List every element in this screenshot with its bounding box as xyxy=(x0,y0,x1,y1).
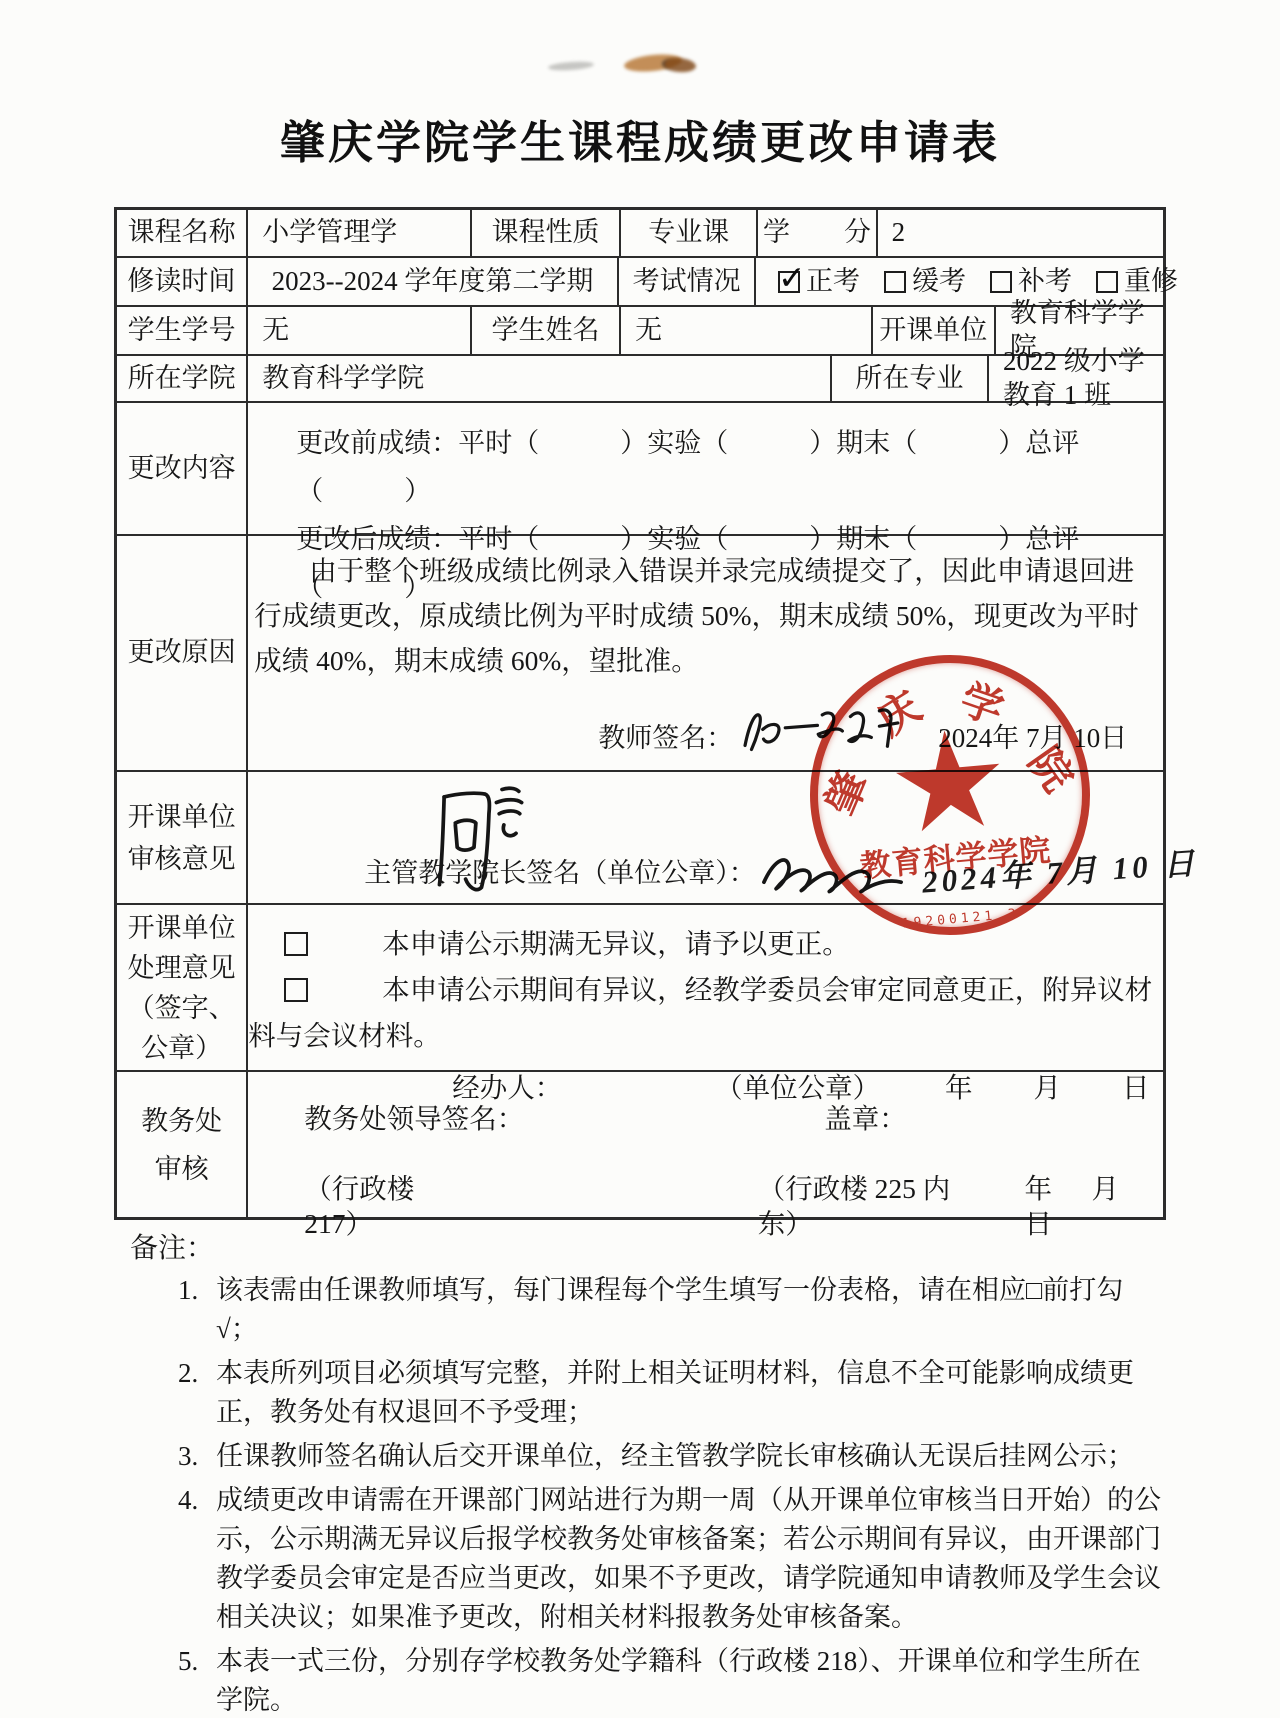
unit-review-body: 主管教学院长签名（单位公章）： 2024年 7月 10 日 xyxy=(246,772,1163,903)
teacher-sign-date: 2024年 7月 10日 xyxy=(938,722,1127,760)
note-text: 本表所列项目必须填写完整，并附上相关证明材料，信息不全可能影响成绩更正，教务处有… xyxy=(216,1354,1162,1432)
exam-option-3: ✓重修 xyxy=(1096,265,1178,299)
scan-artifact xyxy=(661,57,696,74)
dean-sign-label: 主管教学院长签名（单位公章）： xyxy=(364,857,756,897)
course-name-label: 课程名称 xyxy=(117,210,246,256)
exam-option-0: ✓正考 xyxy=(778,265,860,299)
academic-office-body: 教务处领导签名： 盖章： （行政楼 217） （行政楼 225 内东） 年 月 … xyxy=(246,1072,1163,1217)
table-row-study-time: 修读时间 2023--2024 学年度第二学期 考试情况 ✓正考 ✓缓考 ✓补考… xyxy=(117,256,1163,305)
unit-review-label: 开课单位 审核意见 xyxy=(117,772,246,903)
major-value: 2022 级小学教育 1 班 xyxy=(987,356,1163,401)
table-row-change-reason: 更改原因 由于整个班级成绩比例录入错误并录完成绩提交了，因此申请退回进行成绩更改… xyxy=(117,534,1163,770)
checkbox-icon: ✓ xyxy=(1096,271,1118,293)
note-number: 4. xyxy=(178,1481,216,1637)
checkbox-icon xyxy=(284,932,308,956)
note-number: 5. xyxy=(178,1642,216,1718)
table-row-college: 所在学院 教育科学学院 所在专业 2022 级小学教育 1 班 xyxy=(117,354,1163,401)
dean-sign-date-handwriting: 2024年 7月 10 日 xyxy=(921,845,1200,907)
credit-label: 学 分 xyxy=(756,210,875,256)
table-row-academic-office: 教务处 审核 教务处领导签名： 盖章： （行政楼 217） （行政楼 225 内… xyxy=(117,1070,1163,1217)
academic-office-label-line2: 审核 xyxy=(155,1145,209,1193)
decision-option-2-text: 本申请公示期间有异议，经教学委员会审定同意更正，附异议材料与会议材料。 xyxy=(248,974,1152,1051)
study-time-label: 修读时间 xyxy=(117,258,246,305)
exam-option-label: 重修 xyxy=(1124,265,1178,299)
scan-artifact xyxy=(548,60,594,71)
change-reason-label: 更改原因 xyxy=(117,536,246,770)
note-text: 成绩更改申请需在开课部门网站进行为期一周（从开课单位审核当日开始）的公示，公示期… xyxy=(216,1481,1162,1637)
table-row-change-content: 更改内容 更改前成绩：平时（ ）实验（ ）期末（ ）总评（ ） 更改后成绩：平时… xyxy=(117,401,1163,534)
checkbox-icon: ✓ xyxy=(990,271,1012,293)
notes-section: 备注： 1. 该表需由任课教师填写，每门课程每个学生填写一份表格，请在相应□前打… xyxy=(130,1226,1162,1718)
checkbox-checked-icon: ✓ xyxy=(778,271,800,293)
note-item: 5. 本表一式三份，分别存学校教务处学籍科（行政楼 218）、开课单位和学生所在… xyxy=(130,1642,1162,1718)
exam-status-label: 考试情况 xyxy=(617,258,754,305)
unit-review-label-line1: 开课单位 xyxy=(128,796,236,838)
note-number: 3. xyxy=(178,1437,216,1476)
notes-title: 备注： xyxy=(130,1226,1162,1266)
decision-option-1: 本申请公示期满无异议，请予以更正。 xyxy=(248,921,1163,967)
credit-value: 2 xyxy=(876,210,1163,256)
student-id-label: 学生学号 xyxy=(117,307,246,354)
change-content-label: 更改内容 xyxy=(117,403,246,534)
change-content-body: 更改前成绩：平时（ ）实验（ ）期末（ ）总评（ ） 更改后成绩：平时（ ）实验… xyxy=(246,403,1163,534)
student-id-value: 无 xyxy=(246,307,470,354)
note-number: 2. xyxy=(178,1354,216,1432)
offering-unit-label: 开课单位 xyxy=(871,307,994,354)
teacher-signature-handwriting xyxy=(737,694,922,764)
application-form-table: 课程名称 小学管理学 课程性质 专业课 学 分 2 修读时间 2023--202… xyxy=(114,207,1166,1220)
unit-review-label-line2: 审核意见 xyxy=(128,838,236,880)
teacher-sign-label: 教师签名： xyxy=(598,722,733,760)
teacher-sign-line: 教师签名： 2024年 7月 10日 xyxy=(598,694,1127,760)
exam-option-label: 缓考 xyxy=(912,265,966,299)
checkbox-icon: ✓ xyxy=(884,271,906,293)
exam-option-1: ✓缓考 xyxy=(884,265,966,299)
note-item: 4. 成绩更改申请需在开课部门网站进行为期一周（从开课单位审核当日开始）的公示，… xyxy=(130,1481,1162,1637)
note-text: 任课教师签名确认后交开课单位，经主管教学院长审核确认无误后挂网公示； xyxy=(216,1437,1162,1476)
note-item: 3. 任课教师签名确认后交开课单位，经主管教学院长审核确认无误后挂网公示； xyxy=(130,1437,1162,1476)
exam-option-label: 补考 xyxy=(1018,265,1072,299)
scores-before-line: 更改前成绩：平时（ ）实验（ ）期末（ ）总评（ ） xyxy=(296,419,1163,515)
checkbox-icon xyxy=(284,978,308,1002)
academic-office-sign-line: 教务处领导签名： 盖章： xyxy=(248,1102,1163,1136)
note-number: 1. xyxy=(178,1271,216,1349)
unit-decision-label-line: 公章） xyxy=(141,1028,222,1068)
unit-decision-body: 本申请公示期满无异议，请予以更正。 本申请公示期间有异议，经教学委员会审定同意更… xyxy=(246,905,1163,1070)
unit-decision-label: 开课单位 处理意见 （签字、 公章） xyxy=(117,905,246,1070)
office-seal-label: 盖章： xyxy=(824,1102,907,1136)
unit-decision-label-line: 处理意见 xyxy=(128,948,236,988)
student-name-value: 无 xyxy=(619,307,871,354)
scanned-form-page: 肇庆学院学生课程成绩更改申请表 课程名称 小学管理学 课程性质 专业课 学 分 … xyxy=(0,0,1280,1718)
table-row-unit-review: 开课单位 审核意见 主管教学院长签名（单位公章）： 2024年 7月 10 日 xyxy=(117,770,1163,903)
unit-decision-label-line: （签字、 xyxy=(128,988,236,1028)
office-leader-sign-label: 教务处领导签名： xyxy=(304,1102,524,1136)
course-name-value: 小学管理学 xyxy=(246,210,470,256)
unit-decision-label-line: 开课单位 xyxy=(128,908,236,948)
college-label: 所在学院 xyxy=(117,356,246,401)
student-name-label: 学生姓名 xyxy=(470,307,619,354)
decision-option-1-text: 本申请公示期满无异议，请予以更正。 xyxy=(382,928,850,959)
course-nature-value: 专业课 xyxy=(619,210,756,256)
table-row-course: 课程名称 小学管理学 课程性质 专业课 学 分 2 xyxy=(117,210,1163,256)
change-reason-body: 由于整个班级成绩比例录入错误并录完成绩提交了，因此申请退回进行成绩更改，原成绩比… xyxy=(246,536,1163,770)
change-reason-text: 由于整个班级成绩比例录入错误并录完成绩提交了，因此申请退回进行成绩更改，原成绩比… xyxy=(254,548,1145,683)
note-text: 该表需由任课教师填写，每门课程每个学生填写一份表格，请在相应□前打勾 √； xyxy=(216,1271,1162,1349)
check-mark-icon: ✓ xyxy=(778,257,806,298)
dean-sign-line: 主管教学院长签名（单位公章）： 2024年 7月 10 日 xyxy=(364,843,1198,897)
page-title: 肇庆学院学生课程成绩更改申请表 xyxy=(0,106,1280,171)
note-text: 本表一式三份，分别存学校教务处学籍科（行政楼 218）、开课单位和学生所在学院。 xyxy=(216,1642,1162,1718)
course-nature-label: 课程性质 xyxy=(470,210,619,256)
note-item: 2. 本表所列项目必须填写完整，并附上相关证明材料，信息不全可能影响成绩更正，教… xyxy=(130,1354,1162,1432)
exam-option-2: ✓补考 xyxy=(990,265,1072,299)
table-row-unit-decision: 开课单位 处理意见 （签字、 公章） 本申请公示期满无异议，请予以更正。 本申请… xyxy=(117,903,1163,1070)
decision-option-2: 本申请公示期间有异议，经教学委员会审定同意更正，附异议材料与会议材料。 xyxy=(248,967,1163,1059)
academic-office-label-line1: 教务处 xyxy=(141,1097,222,1145)
exam-option-label: 正考 xyxy=(806,265,860,299)
dean-signature-handwriting xyxy=(758,843,908,899)
study-time-value: 2023--2024 学年度第二学期 xyxy=(246,258,618,305)
major-label: 所在专业 xyxy=(830,356,987,401)
academic-office-label: 教务处 审核 xyxy=(117,1072,246,1217)
college-value: 教育科学学院 xyxy=(246,356,830,401)
note-item: 1. 该表需由任课教师填写，每门课程每个学生填写一份表格，请在相应□前打勾 √； xyxy=(130,1271,1162,1349)
